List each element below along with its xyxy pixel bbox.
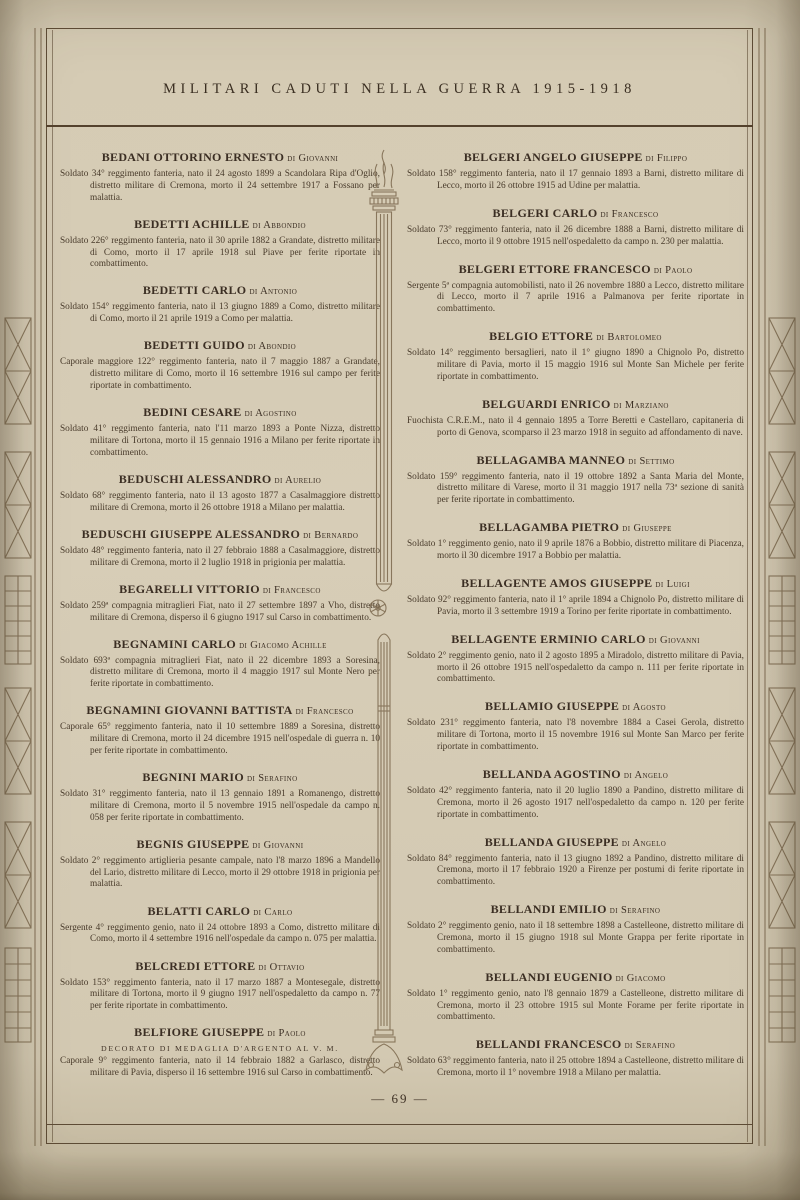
entry-heading: BELCREDI ETTORE di Ottavio xyxy=(60,959,380,974)
entry-patronymic: di Filippo xyxy=(646,153,688,164)
entry-text: Soldato 154° reggimento fanteria, nato i… xyxy=(60,302,380,326)
casualty-entry: BEDETTI GUIDO di Abondio Caporale maggio… xyxy=(60,338,380,392)
entry-patronymic: di Antonio xyxy=(249,286,297,297)
entry-name: BEGNAMINI CARLO xyxy=(113,637,236,651)
entry-name: BEDETTI GUIDO xyxy=(144,338,245,352)
entry-text: Fuochista C.R.E.M., nato il 4 gennaio 18… xyxy=(407,416,744,440)
entry-text: Soldato 1° reggimento genio, nato il 9 a… xyxy=(407,539,744,563)
entry-name: BELLAMIO GIUSEPPE xyxy=(485,699,619,713)
entry-name: BEGNINI MARIO xyxy=(142,770,244,784)
page-header: MILITARI CADUTI NELLA GUERRA 1915-1918 xyxy=(46,28,753,127)
entry-patronymic: di Serafino xyxy=(247,773,298,784)
entry-heading: BELGERI ETTORE FRANCESCO di Paolo xyxy=(407,262,744,277)
entry-patronymic: di Angelo xyxy=(622,838,666,849)
entry-text: Soldato 2° reggimento genio, nato il 18 … xyxy=(407,921,744,956)
entry-name: BELLAGENTE ERMINIO CARLO xyxy=(451,632,646,646)
flame-icon xyxy=(375,150,393,188)
casualty-entry: BEGARELLI VITTORIO di Francesco Soldato … xyxy=(60,582,380,625)
inner-rule-right xyxy=(747,30,748,1142)
entry-patronymic: di Giacomo xyxy=(616,973,666,984)
casualty-entry: BEDINI CESARE di Agostino Soldato 41° re… xyxy=(60,405,380,459)
entry-heading: BELLAMIO GIUSEPPE di Agosto xyxy=(407,699,744,714)
entry-heading: BEDANI OTTORINO ERNESTO di Giovanni xyxy=(60,150,380,165)
entry-heading: BELLANDI EMILIO di Serafino xyxy=(407,902,744,917)
entry-patronymic: di Serafino xyxy=(625,1040,676,1051)
casualty-entry: BELATTI CARLO di Carlo Sergente 4° reggi… xyxy=(60,904,380,947)
entry-heading: BEGNINI MARIO di Serafino xyxy=(60,770,380,785)
entry-heading: BELLANDA GIUSEPPE di Angelo xyxy=(407,835,744,850)
entry-heading: BELLANDA AGOSTINO di Angelo xyxy=(407,767,744,782)
entry-heading: BEDETTI GUIDO di Abondio xyxy=(60,338,380,353)
casualty-entry: BELLAGENTE ERMINIO CARLO di Giovanni Sol… xyxy=(407,632,744,686)
entry-text: Soldato 153° reggimento fanteria, nato i… xyxy=(60,978,380,1013)
entry-patronymic: di Francesco xyxy=(600,209,658,220)
left-border-lattice-ornament xyxy=(0,28,46,1146)
entry-patronymic: di Abondio xyxy=(248,341,296,352)
casualty-entry: BELLAMIO GIUSEPPE di Agosto Soldato 231°… xyxy=(407,699,744,753)
entry-text: Soldato 73° reggimento fanteria, nato il… xyxy=(407,225,744,249)
entry-text: Caporale 65° reggimento fanteria, nato i… xyxy=(60,722,380,757)
entry-text: Soldato 41° reggimento fanteria, nato l'… xyxy=(60,424,380,459)
entry-text: Soldato 14° reggimento bersaglieri, nato… xyxy=(407,348,744,383)
entry-patronymic: di Luigi xyxy=(655,579,689,590)
entry-patronymic: di Aurelio xyxy=(275,475,322,486)
entry-text: Soldato 693ª compagnia mitraglieri Fiat,… xyxy=(60,656,380,691)
entry-text: Soldato 1° reggimento genio, nato l'8 ge… xyxy=(407,989,744,1024)
right-border-lattice-ornament xyxy=(754,28,800,1146)
entry-patronymic: di Giovanni xyxy=(287,153,338,164)
inner-rule-left xyxy=(52,30,53,1142)
entry-heading: BELLANDI FRANCESCO di Serafino xyxy=(407,1037,744,1052)
entry-name: BELGERI ETTORE FRANCESCO xyxy=(459,262,651,276)
entry-text: Soldato 159° reggimento fanteria, nato i… xyxy=(407,472,744,507)
entry-text: Caporale maggiore 122° reggimento fanter… xyxy=(60,357,380,392)
casualty-entry: BEDUSCHI ALESSANDRO di Aurelio Soldato 6… xyxy=(60,472,380,515)
casualty-entry: BEGNIS GIUSEPPE di Giovanni Soldato 2° r… xyxy=(60,837,380,891)
entry-name: BELLAGAMBA PIETRO xyxy=(479,520,619,534)
column-right: BELGERI ANGELO GIUSEPPE di Filippo Solda… xyxy=(407,150,744,1080)
entry-heading: BELGERI ANGELO GIUSEPPE di Filippo xyxy=(407,150,744,165)
entry-patronymic: di Bartolomeo xyxy=(596,332,662,343)
casualty-entry: BELGERI CARLO di Francesco Soldato 73° r… xyxy=(407,206,744,249)
casualty-entry: BELLAGAMBA PIETRO di Giuseppe Soldato 1°… xyxy=(407,520,744,563)
entry-text: Soldato 84° reggimento fanteria, nato il… xyxy=(407,854,744,889)
entry-name: BEGARELLI VITTORIO xyxy=(119,582,260,596)
scanned-book-page: MILITARI CADUTI NELLA GUERRA 1915-1918 xyxy=(0,0,800,1200)
entry-patronymic: di Giovanni xyxy=(252,840,303,851)
entry-heading: BEGNAMINI CARLO di Giacomo Achille xyxy=(60,637,380,652)
entry-text: Soldato 68° reggimento fanteria, nato il… xyxy=(60,491,380,515)
entry-text: Soldato 31° reggimento fanteria, nato il… xyxy=(60,789,380,824)
entry-heading: BELLANDI EUGENIO di Giacomo xyxy=(407,970,744,985)
entry-text: Soldato 2° reggimento artiglieria pesant… xyxy=(60,856,380,891)
entry-patronymic: di Paolo xyxy=(267,1028,306,1039)
rosette-medallion-icon xyxy=(370,600,386,616)
entry-name: BELLANDI EMILIO xyxy=(491,902,607,916)
entry-patronymic: di Francesco xyxy=(296,706,354,717)
entry-name: BELGERI CARLO xyxy=(493,206,598,220)
entry-heading: BEDETTI CARLO di Antonio xyxy=(60,283,380,298)
casualty-entry: BELGERI ANGELO GIUSEPPE di Filippo Solda… xyxy=(407,150,744,193)
entry-patronymic: di Giuseppe xyxy=(622,523,672,534)
casualty-entry: BELCREDI ETTORE di Ottavio Soldato 153° … xyxy=(60,959,380,1013)
entry-heading: BEDUSCHI GIUSEPPE ALESSANDRO di Bernardo xyxy=(60,527,380,542)
casualty-entry: BEDETTI CARLO di Antonio Soldato 154° re… xyxy=(60,283,380,326)
entry-patronymic: di Ottavio xyxy=(258,962,304,973)
entry-name: BELLAGENTE AMOS GIUSEPPE xyxy=(461,576,652,590)
entry-name: BEDETTI ACHILLE xyxy=(134,217,250,231)
entry-name: BELGERI ANGELO GIUSEPPE xyxy=(464,150,643,164)
entry-name: BEDUSCHI ALESSANDRO xyxy=(119,472,272,486)
entry-patronymic: di Carlo xyxy=(253,907,292,918)
casualty-entry: BELGERI ETTORE FRANCESCO di Paolo Sergen… xyxy=(407,262,744,316)
entry-name: BEGNIS GIUSEPPE xyxy=(137,837,250,851)
entry-heading: BELFIORE GIUSEPPE di Paolo xyxy=(60,1025,380,1040)
entry-text: Soldato 2° reggimento genio, nato il 2 a… xyxy=(407,651,744,686)
entry-name: BELLAGAMBA MANNEO xyxy=(476,453,625,467)
entry-name: BELLANDI EUGENIO xyxy=(485,970,612,984)
entry-text: Soldato 34° reggimento fanteria, nato il… xyxy=(60,169,380,204)
entry-patronymic: di Paolo xyxy=(654,265,693,276)
entry-heading: BEDETTI ACHILLE di Abbondio xyxy=(60,217,380,232)
entry-text: Soldato 158° reggimento fanteria, nato i… xyxy=(407,169,744,193)
casualty-entry: BEGNAMINI GIOVANNI BATTISTA di Francesco… xyxy=(60,703,380,757)
entry-patronymic: di Agosto xyxy=(622,702,666,713)
page-number: — 69 — xyxy=(0,1091,800,1107)
entry-heading: BELLAGENTE ERMINIO CARLO di Giovanni xyxy=(407,632,744,647)
casualty-entry: BELLANDI EUGENIO di Giacomo Soldato 1° r… xyxy=(407,970,744,1024)
entry-name: BELFIORE GIUSEPPE xyxy=(134,1025,264,1039)
entry-heading: BEDUSCHI ALESSANDRO di Aurelio xyxy=(60,472,380,487)
footer-rule xyxy=(46,1124,753,1125)
entry-heading: BELGIO ETTORE di Bartolomeo xyxy=(407,329,744,344)
entry-name: BEDETTI CARLO xyxy=(143,283,247,297)
entry-name: BELLANDA AGOSTINO xyxy=(483,767,621,781)
casualty-entry: BELLANDI EMILIO di Serafino Soldato 2° r… xyxy=(407,902,744,956)
entry-name: BELGIO ETTORE xyxy=(489,329,593,343)
entry-heading: BEGARELLI VITTORIO di Francesco xyxy=(60,582,380,597)
entry-patronymic: di Francesco xyxy=(263,585,321,596)
casualty-entry: BELLAGENTE AMOS GIUSEPPE di Luigi Soldat… xyxy=(407,576,744,619)
entry-patronymic: di Giovanni xyxy=(649,635,700,646)
entry-patronymic: di Bernardo xyxy=(303,530,358,541)
entry-name: BEDANI OTTORINO ERNESTO xyxy=(102,150,285,164)
entry-name: BELATTI CARLO xyxy=(148,904,251,918)
entry-patronymic: di Abbondio xyxy=(253,220,306,231)
casualty-entry: BEDANI OTTORINO ERNESTO di Giovanni Sold… xyxy=(60,150,380,204)
entry-honor: DECORATO DI MEDAGLIA D'ARGENTO AL V. M. xyxy=(60,1044,380,1053)
torch-column-ornament xyxy=(362,146,406,1082)
casualty-entry: BEGNINI MARIO di Serafino Soldato 31° re… xyxy=(60,770,380,824)
entry-text: Sergente 5ª compagnia automobilisti, nat… xyxy=(407,281,744,316)
page-title: MILITARI CADUTI NELLA GUERRA 1915-1918 xyxy=(163,55,636,98)
entry-heading: BELLAGAMBA MANNEO di Settimo xyxy=(407,453,744,468)
entry-text: Soldato 42° reggimento fanteria, nato il… xyxy=(407,786,744,821)
casualty-entry: BELLANDA AGOSTINO di Angelo Soldato 42° … xyxy=(407,767,744,821)
entry-heading: BELGERI CARLO di Francesco xyxy=(407,206,744,221)
column-left: BEDANI OTTORINO ERNESTO di Giovanni Sold… xyxy=(60,150,380,1080)
entry-heading: BELLAGAMBA PIETRO di Giuseppe xyxy=(407,520,744,535)
entry-name: BELLANDI FRANCESCO xyxy=(476,1037,622,1051)
entry-heading: BEGNIS GIUSEPPE di Giovanni xyxy=(60,837,380,852)
casualty-entry: BEDETTI ACHILLE di Abbondio Soldato 226°… xyxy=(60,217,380,271)
entry-name: BEDINI CESARE xyxy=(143,405,241,419)
casualty-entry: BELLANDA GIUSEPPE di Angelo Soldato 84° … xyxy=(407,835,744,889)
casualty-entry: BEGNAMINI CARLO di Giacomo Achille Solda… xyxy=(60,637,380,691)
entry-text: Caporale 9° reggimento fanteria, nato il… xyxy=(60,1056,380,1080)
entry-patronymic: di Marziano xyxy=(614,400,669,411)
entry-heading: BEGNAMINI GIOVANNI BATTISTA di Francesco xyxy=(60,703,380,718)
entry-text: Soldato 226° reggimento fanteria, nato i… xyxy=(60,236,380,271)
entry-name: BELCREDI ETTORE xyxy=(135,959,255,973)
entry-heading: BELLAGENTE AMOS GIUSEPPE di Luigi xyxy=(407,576,744,591)
entry-text: Soldato 92° reggimento fanteria, nato il… xyxy=(407,595,744,619)
casualty-entry: BELLAGAMBA MANNEO di Settimo Soldato 159… xyxy=(407,453,744,507)
entry-patronymic: di Giacomo Achille xyxy=(239,640,327,651)
entry-text: Soldato 259ª compagnia mitraglieri Fiat,… xyxy=(60,601,380,625)
entry-patronymic: di Serafino xyxy=(610,905,661,916)
entry-patronymic: di Agostino xyxy=(245,408,297,419)
entry-text: Soldato 231° reggimento fanteria, nato l… xyxy=(407,718,744,753)
entry-text: Sergente 4° reggimento genio, nato il 24… xyxy=(60,923,380,947)
entry-name: BELLANDA GIUSEPPE xyxy=(485,835,619,849)
entry-heading: BEDINI CESARE di Agostino xyxy=(60,405,380,420)
casualty-entry: BELFIORE GIUSEPPE di Paolo DECORATO DI M… xyxy=(60,1025,380,1080)
entry-patronymic: di Angelo xyxy=(624,770,668,781)
entry-name: BEDUSCHI GIUSEPPE ALESSANDRO xyxy=(82,527,300,541)
entry-patronymic: di Settimo xyxy=(628,456,674,467)
casualty-entry: BELGUARDI ENRICO di Marziano Fuochista C… xyxy=(407,397,744,440)
entry-name: BELGUARDI ENRICO xyxy=(482,397,611,411)
casualty-entry: BEDUSCHI GIUSEPPE ALESSANDRO di Bernardo… xyxy=(60,527,380,570)
entry-name: BEGNAMINI GIOVANNI BATTISTA xyxy=(86,703,292,717)
entry-text: Soldato 48° reggimento fanteria, nato il… xyxy=(60,546,380,570)
entry-heading: BELATTI CARLO di Carlo xyxy=(60,904,380,919)
entry-text: Soldato 63° reggimento fanteria, nato il… xyxy=(407,1056,744,1080)
casualty-entry: BELLANDI FRANCESCO di Serafino Soldato 6… xyxy=(407,1037,744,1080)
entry-heading: BELGUARDI ENRICO di Marziano xyxy=(407,397,744,412)
casualty-entry: BELGIO ETTORE di Bartolomeo Soldato 14° … xyxy=(407,329,744,383)
